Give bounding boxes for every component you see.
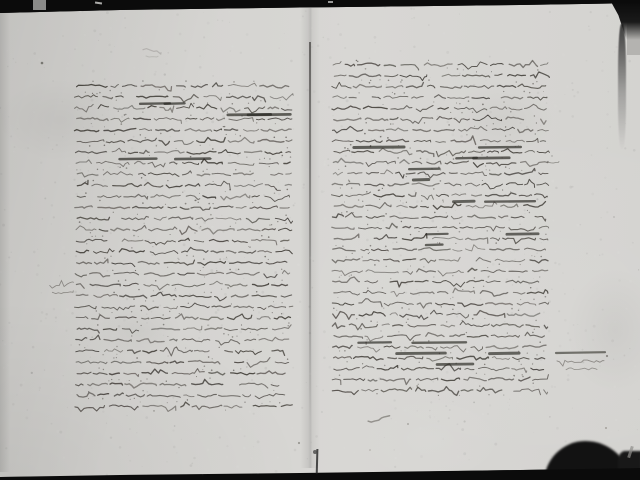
page-edge-shadow-tail [618, 24, 626, 150]
bookmark-pin-knob [313, 450, 317, 454]
binding-clip [33, 0, 46, 10]
manuscript-photo [0, 0, 640, 480]
film-speck [328, 1, 333, 3]
manuscript-ink-layer [0, 0, 640, 480]
